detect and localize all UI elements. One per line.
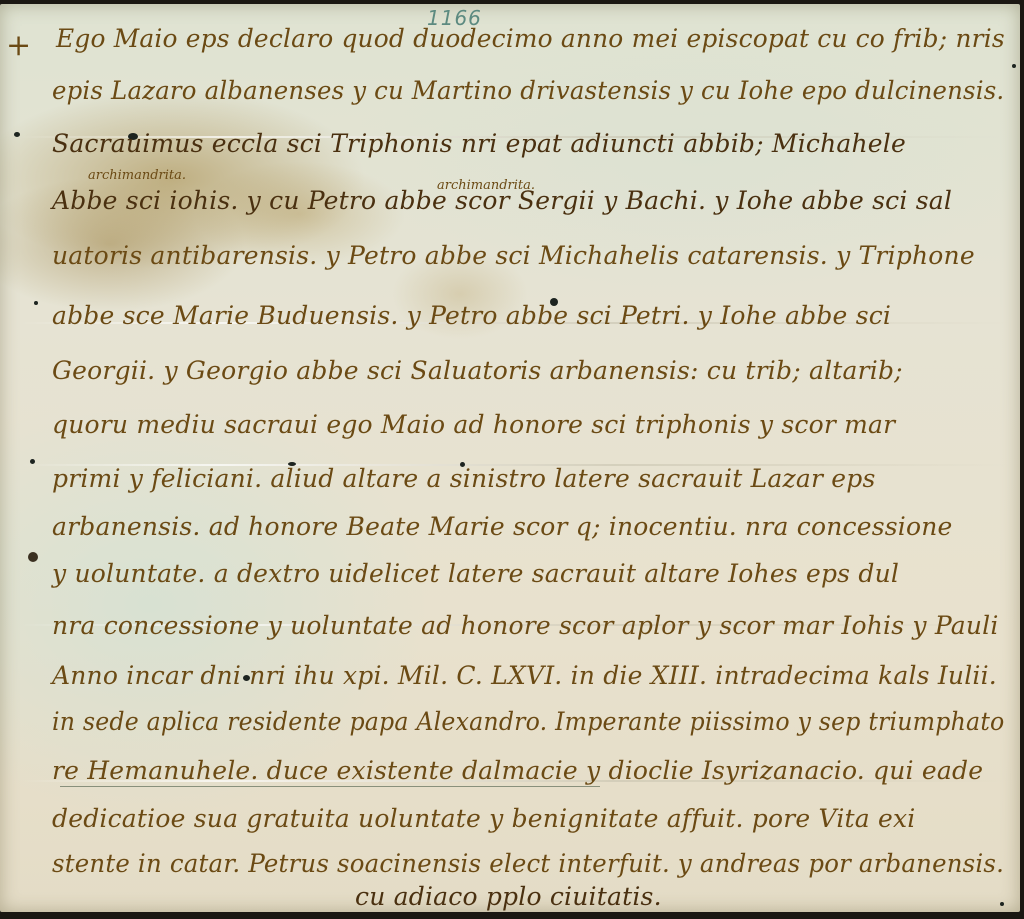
text-line-9: primi y feliciani. aliud altare a sinist…: [52, 464, 876, 494]
parchment-sheet: 1166 + Ego Maio eps declaro quod duodeci…: [0, 4, 1020, 912]
text-line-2: epis Lazaro albanenses y cu Martino driv…: [52, 76, 1004, 106]
text-line-7: Georgii. y Georgio abbe sci Saluatoris a…: [52, 356, 903, 386]
text-line-4: Abbe sci iohis. y cu Petro abbe scor Ser…: [52, 186, 952, 216]
text-line-6: abbe sce Marie Buduensis. y Petro abbe s…: [52, 301, 891, 331]
text-line-10: arbanensis. ad honore Beate Marie scor q…: [52, 512, 953, 542]
ink-spot: [28, 552, 38, 562]
text-line-13: Anno incar dni nri ihu xpi. Mil. C. LXVI…: [52, 661, 997, 691]
ink-spot: [14, 132, 20, 137]
ink-spot: [30, 459, 35, 464]
text-line-14: in sede aplica residente papa Alexandro.…: [52, 707, 1004, 737]
text-line-16: dedicatioe sua gratuita uoluntate y beni…: [52, 804, 916, 834]
text-line-3: Sacrauimus eccla sci Triphonis nri epat …: [52, 129, 906, 159]
gloss-archimandrita-1: archimandrita.: [88, 168, 186, 183]
text-line-12: nra concessione y uoluntate ad honore sc…: [52, 611, 999, 641]
text-line-17: stente in catar. Petrus soacinensis elec…: [52, 849, 1004, 879]
text-line-5: uatoris antibarensis. y Petro abbe sci M…: [52, 241, 975, 271]
text-line-1: Ego Maio eps declaro quod duodecimo anno…: [56, 24, 1005, 54]
cross-symbol: +: [6, 28, 31, 63]
text-line-11: y uoluntate. a dextro uidelicet latere s…: [52, 559, 899, 589]
text-line-15: re Hemanuhele. duce existente dalmacie y…: [52, 756, 983, 786]
text-line-18: cu adiaco pplo ciuitatis.: [355, 882, 662, 912]
ink-spot: [1012, 64, 1016, 68]
ink-spot: [34, 301, 38, 305]
ink-spot: [1000, 902, 1004, 906]
ruled-line: [60, 786, 600, 787]
text-line-8: quoru mediu sacraui ego Maio ad honore s…: [52, 410, 895, 440]
